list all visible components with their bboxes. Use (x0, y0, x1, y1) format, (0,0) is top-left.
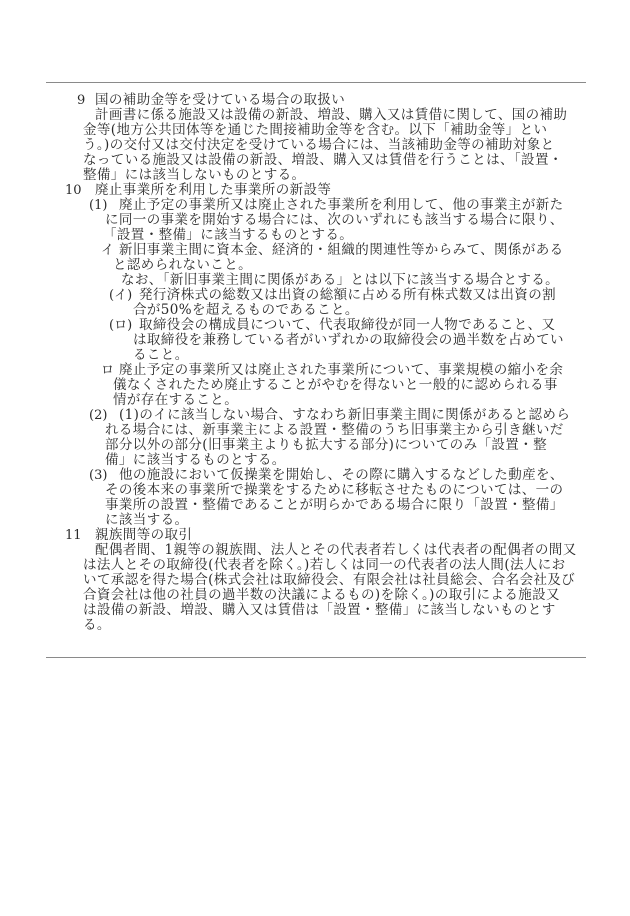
text-line: 儀なくされたため廃止することがやむを得ないと一般的に認められる事 (113, 378, 558, 393)
text-line: 「設置・整備」に該当するものとする。 (103, 228, 353, 243)
item-label: イ (101, 243, 114, 258)
text-line: ること。 (133, 348, 189, 363)
item-heading-line: 国の補助金等を受けている場合の取扱い (95, 93, 345, 108)
text-line: は法人とその取締役(代表者を除く。)若しくは同一の代表者の法人間(法人にお (83, 558, 566, 573)
item-label: (1) (89, 198, 107, 213)
item-heading-line: 廃止事業所を利用した事業所の新設等 (95, 183, 331, 198)
document-page: 9国の補助金等を受けている場合の取扱い計画書に係る施設又は設備の新設、増設、購入… (0, 0, 630, 916)
text-line: は設備の新設、増設、購入又は賃借は「設置・整備」に該当しないものとす (83, 603, 556, 618)
text-line: その後本来の事業所で操業をするために移転させたものについては、一の (105, 483, 563, 498)
text-line: 金等(地方公共団体等を通じた間接補助金等を含む。以下「補助金等」とい (83, 123, 547, 138)
text-line: 整備」には該当しないものとする。 (83, 168, 305, 183)
text-line: 合が50%を超えるものであること。 (133, 303, 359, 318)
text-line: れる場合には、新事業主による設置・整備のうち旧事業主から引き継いだ (105, 423, 564, 438)
item-label: (3) (89, 468, 107, 483)
item-label: (イ) (109, 288, 132, 303)
text-line: なお、「新旧事業主間に関係がある」とは以下に該当する場合とする。 (121, 273, 559, 288)
item-heading-line: (1)のイに該当しない場合、すなわち新旧事業主間に関係があると認めら (119, 408, 570, 423)
text-line: と認められないこと。 (113, 258, 252, 273)
item-heading-line: 発行済株式の総数又は出資の総額に占める所有株式数又は出資の割 (139, 288, 556, 303)
text-line: 計画書に係る施設又は設備の新設、増設、購入又は賃借に関して、国の補助 (95, 108, 567, 123)
text-line: 情が存在すること。 (113, 393, 238, 408)
item-label: ロ (101, 363, 114, 378)
item-heading-line: 廃止予定の事業所又は廃止された事業所を利用して、他の事業主が新た (119, 198, 564, 213)
text-line: に該当する。 (105, 513, 188, 528)
bottom-divider (46, 657, 586, 658)
item-heading-line: 取締役会の構成員について、代表取締役が同一人物であること、又 (139, 318, 555, 333)
text-line: は取締役を兼務している者がいずれかの取締役会の過半数を占めてい (133, 333, 564, 348)
item-heading-line: 親族間等の取引 (95, 528, 192, 543)
item-label: (2) (89, 408, 107, 423)
item-label: 10 (65, 183, 82, 198)
item-label: 9 (77, 93, 85, 108)
item-heading-line: 新旧事業主間に資本金、経済的・組織的関連性等からみて、関係がある (119, 243, 564, 258)
text-line: に同一の事業を開始する場合には、次のいずれにも該当する場合に限り、 (105, 213, 564, 228)
text-line: 合資会社は他の社員の過半数の決議によるもの)を除く。)の取引による施設又 (83, 588, 560, 603)
item-label: (ロ) (109, 318, 132, 333)
text-line: 配偶者間、1親等の親族間、法人とその代表者若しくは代表者の配偶者の間又 (95, 543, 577, 558)
top-divider (46, 82, 586, 83)
text-line: いて承認を得た場合(株式会社は取締役会、有限会社は社員総会、合名会社及び (83, 573, 575, 588)
text-line: 部分以外の部分(旧事業主よりも拡大する部分)についてのみ「設置・整 (105, 438, 547, 453)
text-line: 備」に該当するものとする。 (105, 453, 286, 468)
item-label: 11 (65, 528, 82, 543)
text-line: 事業所の設置・整備であることが明らかである場合に限り「設置・整備」 (105, 498, 564, 513)
item-heading-line: 他の施設において仮操業を開始し、その際に購入するなどした動産を、 (119, 468, 564, 483)
text-line: なっている施設又は設備の新設、増設、購入又は賃借を行うことは、「設置・ (83, 153, 563, 168)
text-line: る。 (83, 618, 111, 633)
text-line: う。)の交付又は交付決定を受けている場合には、当該補助金等の補助対象と (83, 138, 555, 153)
item-heading-line: 廃止予定の事業所又は廃止された事業所について、事業規模の縮小を余 (119, 363, 563, 378)
